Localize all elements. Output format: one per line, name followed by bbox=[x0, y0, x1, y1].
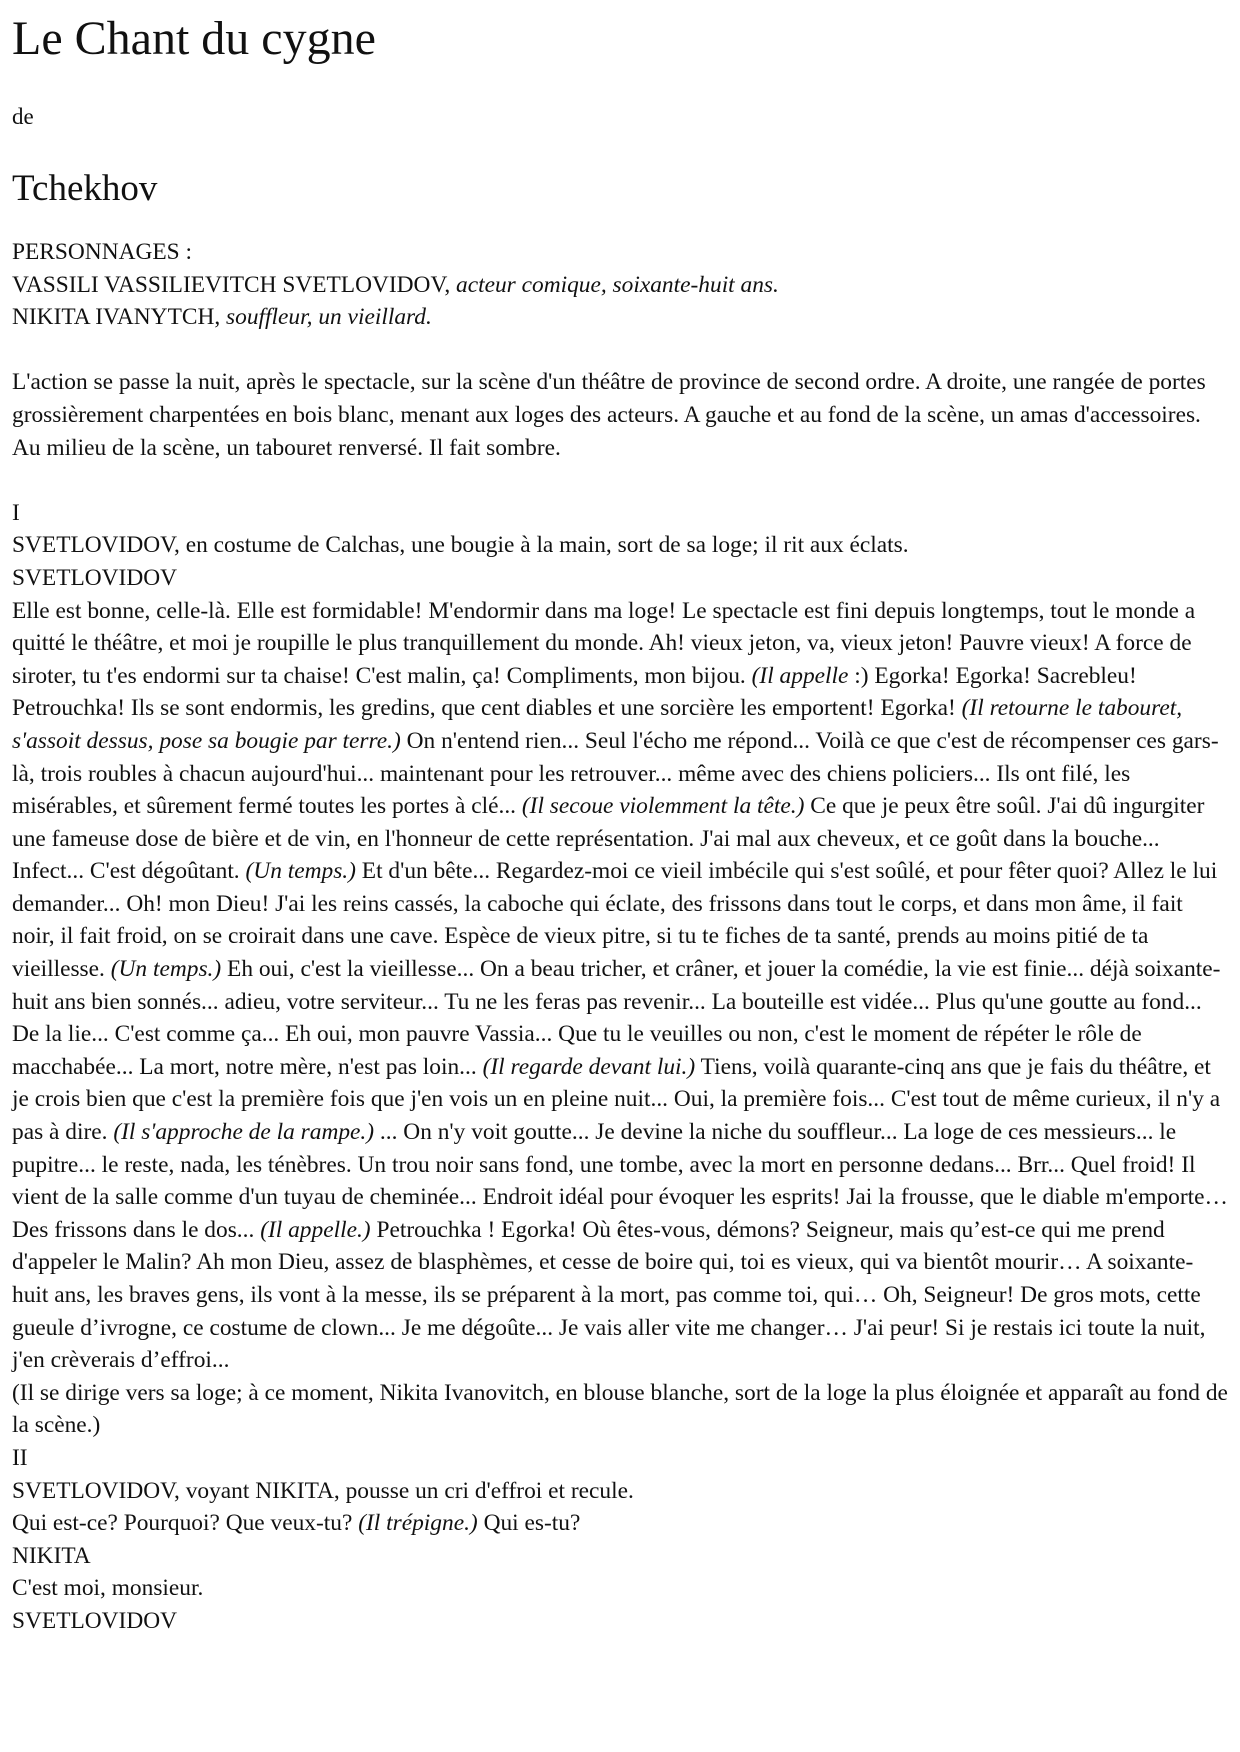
character-name: NIKITA IVANYTCH, bbox=[12, 304, 220, 330]
stage-direction-inline: (Un temps.) bbox=[111, 956, 221, 982]
character-description: souffleur, un vieillard. bbox=[220, 304, 432, 330]
document-page: Le Chant du cygne de Tchekhov PERSONNAGE… bbox=[0, 0, 1240, 1638]
stage-direction-inline: (Il secoue violemment la tête.) bbox=[522, 793, 805, 819]
play-title: Le Chant du cygne bbox=[12, 0, 1228, 68]
cast-entry: NIKITA IVANYTCH, souffleur, un vieillard… bbox=[12, 301, 1228, 334]
stage-direction-inline: (Il regarde devant lui.) bbox=[483, 1054, 696, 1080]
character-description: acteur comique, soixante-huit ans. bbox=[450, 272, 779, 298]
byline: de bbox=[12, 104, 1228, 130]
cast-heading: PERSONNAGES : bbox=[12, 236, 1228, 269]
speaker-name: SVETLOVIDOV bbox=[12, 562, 1228, 595]
character-name: VASSILI VASSILIEVITCH SVETLOVIDOV, bbox=[12, 272, 450, 298]
dialogue-text: Qui est-ce? Pourquoi? Que veux-tu? bbox=[12, 1510, 358, 1536]
stage-direction-inline: (Il appelle bbox=[752, 663, 849, 689]
stage-direction-inline: (Il appelle.) bbox=[260, 1217, 370, 1243]
stage-direction-inline: (Il trépigne.) bbox=[358, 1510, 478, 1536]
scene-number: II bbox=[12, 1442, 1228, 1475]
speaker-name: NIKITA bbox=[12, 1540, 1228, 1573]
author-name: Tchekhov bbox=[12, 168, 1228, 210]
spacer bbox=[12, 334, 1228, 367]
stage-direction: SVETLOVIDOV, voyant NIKITA, pousse un cr… bbox=[12, 1475, 1228, 1508]
spacer bbox=[12, 464, 1228, 497]
dialogue-text: C'est moi, monsieur. bbox=[12, 1575, 203, 1601]
stage-direction-inline: (Il s'approche de la rampe.) bbox=[113, 1119, 374, 1145]
stage-direction: SVETLOVIDOV, en costume de Calchas, une … bbox=[12, 529, 1228, 562]
cast-list: PERSONNAGES : VASSILI VASSILIEVITCH SVET… bbox=[12, 236, 1228, 1638]
stage-direction: (Il se dirige vers sa loge; à ce moment,… bbox=[12, 1377, 1228, 1442]
scene-number: I bbox=[12, 497, 1228, 530]
speech-text: C'est moi, monsieur. bbox=[12, 1572, 1228, 1605]
speaker-name: SVETLOVIDOV bbox=[12, 1605, 1228, 1638]
stage-direction-inline: (Un temps.) bbox=[246, 858, 356, 884]
dialogue-text: Qui es-tu? bbox=[478, 1510, 581, 1536]
speech-text: Qui est-ce? Pourquoi? Que veux-tu? (Il t… bbox=[12, 1507, 1228, 1540]
setting-description: L'action se passe la nuit, après le spec… bbox=[12, 366, 1228, 464]
cast-entry: VASSILI VASSILIEVITCH SVETLOVIDOV, acteu… bbox=[12, 269, 1228, 302]
speech-text: Elle est bonne, celle-là. Elle est formi… bbox=[12, 595, 1228, 1377]
